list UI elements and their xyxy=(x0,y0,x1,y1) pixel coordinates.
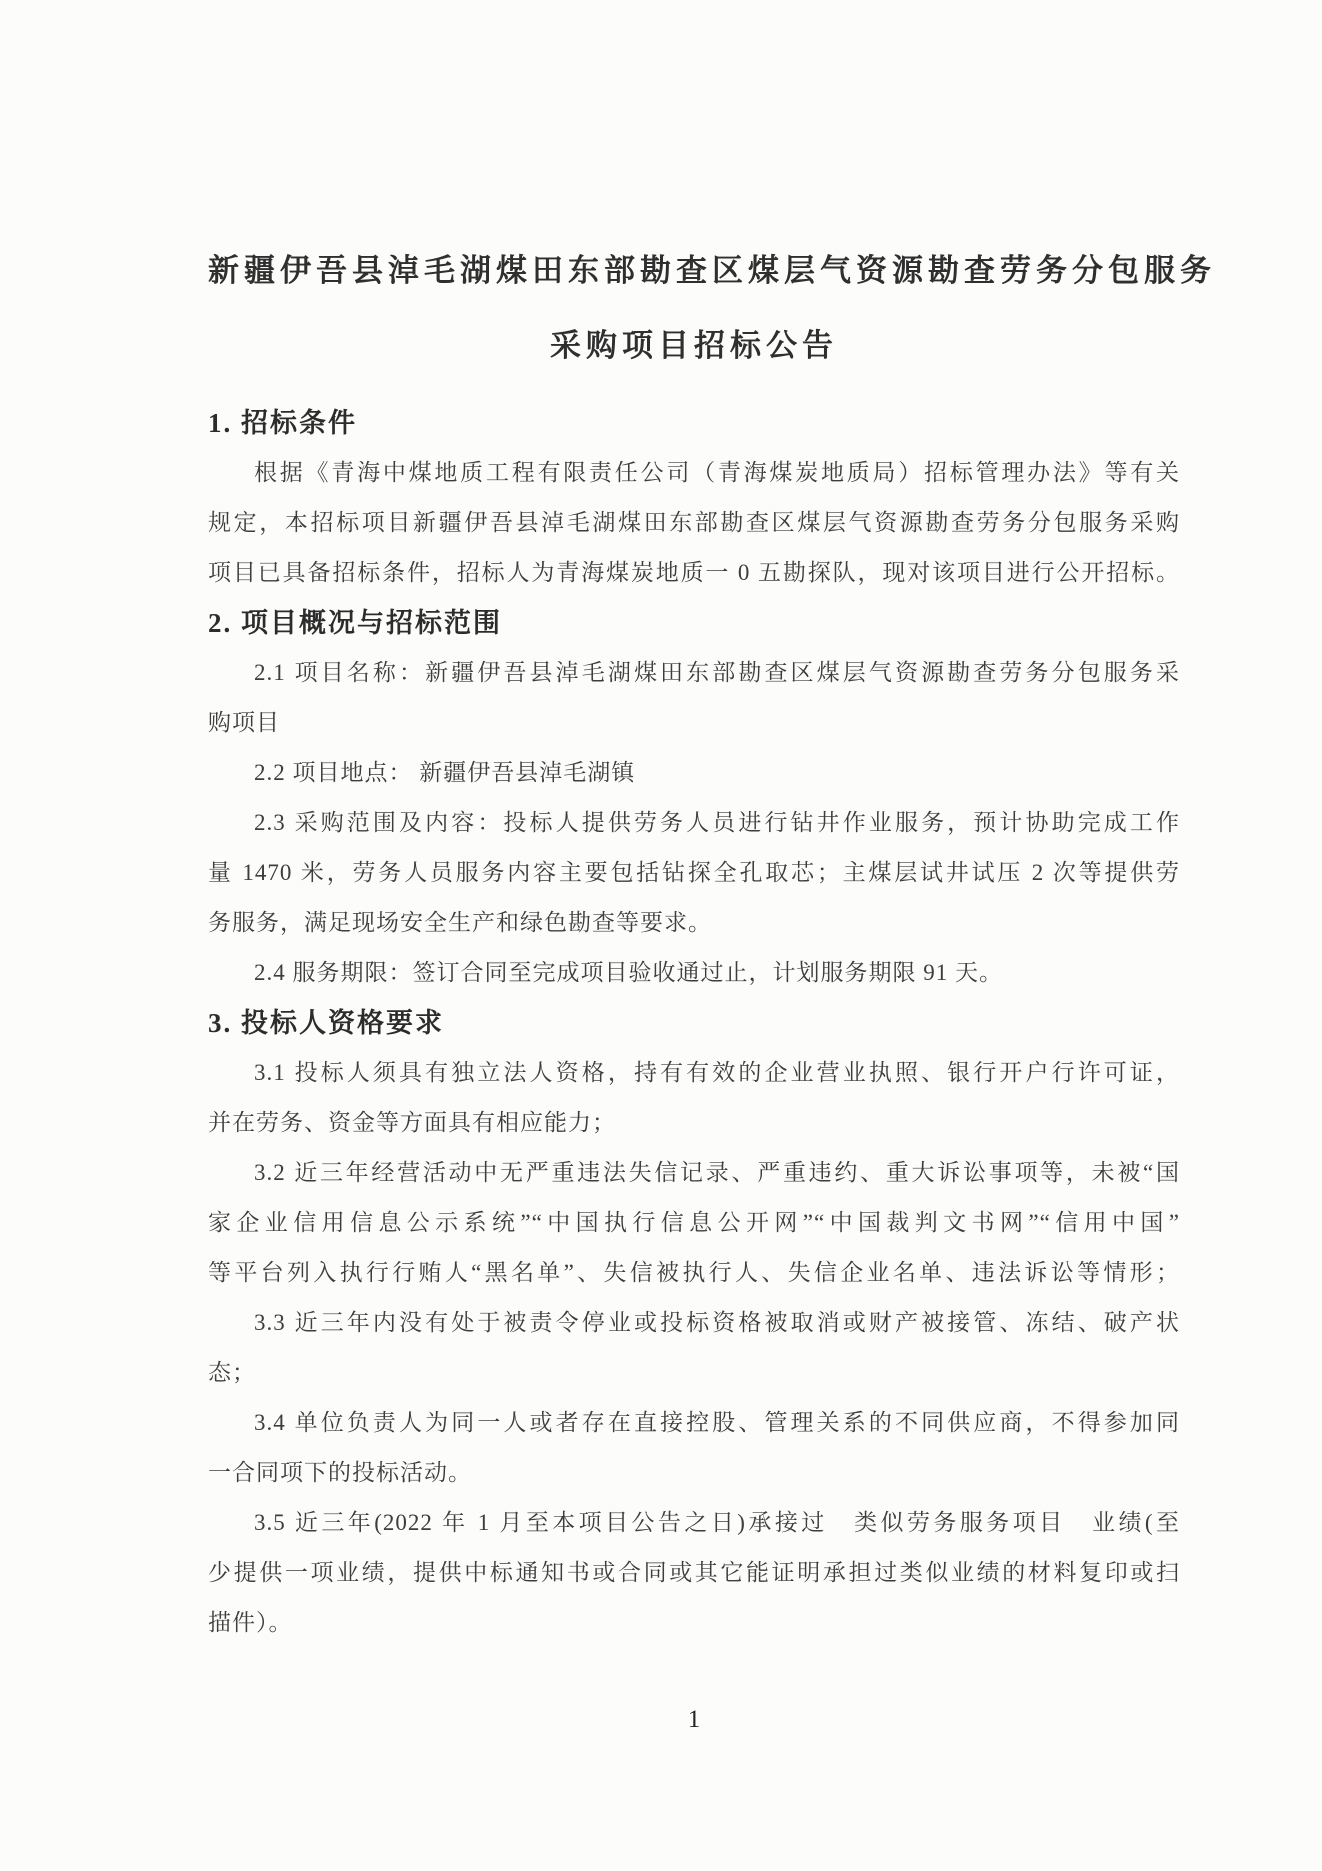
paragraph-line: 态； xyxy=(208,1348,1180,1398)
paragraph-line: 项目已具备招标条件，招标人为青海煤炭地质一 0 五勘探队，现对该项目进行公开招标… xyxy=(208,548,1180,598)
paragraph-line: 规定，本招标项目新疆伊吾县淖毛湖煤田东部勘查区煤层气资源勘查劳务分包服务采购 xyxy=(208,498,1180,548)
paragraph-line: 购项目 xyxy=(208,698,1180,748)
document-title-line-2: 采购项目招标公告 xyxy=(208,308,1180,383)
document-content: 新疆伊吾县淖毛湖煤田东部勘查区煤层气资源勘查劳务分包服务 采购项目招标公告 1.… xyxy=(208,233,1180,1648)
paragraph-line: 2.4 服务期限：签订合同至完成项目验收通过止，计划服务期限 91 天。 xyxy=(208,948,1180,998)
paragraph-line: 量 1470 米，劳务人员服务内容主要包括钻探全孔取芯；主煤层试井试压 2 次等… xyxy=(208,848,1180,898)
paragraph-line: 2.1 项目名称：新疆伊吾县淖毛湖煤田东部勘查区煤层气资源勘查劳务分包服务采 xyxy=(208,648,1180,698)
document-page: 新疆伊吾县淖毛湖煤田东部勘查区煤层气资源勘查劳务分包服务 采购项目招标公告 1.… xyxy=(0,0,1322,1871)
paragraph-line: 并在劳务、资金等方面具有相应能力； xyxy=(208,1098,1180,1148)
paragraph-line: 2.2 项目地点： 新疆伊吾县淖毛湖镇 xyxy=(208,748,1180,798)
paragraph-line: 3.5 近三年(2022 年 1 月至本项目公告之日)承接过 类似劳务服务项目 … xyxy=(208,1498,1180,1548)
document-title-line-1: 新疆伊吾县淖毛湖煤田东部勘查区煤层气资源勘查劳务分包服务 xyxy=(208,233,1180,308)
section-heading-3: 3. 投标人资格要求 xyxy=(208,998,1180,1048)
paragraph-line: 家企业信用信息公示系统”“中国执行信息公开网”“中国裁判文书网”“信用中国” xyxy=(208,1198,1180,1248)
paragraph-line: 根据《青海中煤地质工程有限责任公司（青海煤炭地质局）招标管理办法》等有关 xyxy=(208,448,1180,498)
paragraph-line: 一合同项下的投标活动。 xyxy=(208,1448,1180,1498)
paragraph-line: 2.3 采购范围及内容：投标人提供劳务人员进行钻井作业服务，预计协助完成工作 xyxy=(208,798,1180,848)
paragraph-line: 3.2 近三年经营活动中无严重违法失信记录、严重违约、重大诉讼事项等，未被“国 xyxy=(208,1148,1180,1198)
paragraph-line: 务服务，满足现场安全生产和绿色勘查等要求。 xyxy=(208,898,1180,948)
paragraph-line: 描件）。 xyxy=(208,1598,1180,1648)
section-heading-1: 1. 招标条件 xyxy=(208,398,1180,448)
paragraph-line: 少提供一项业绩，提供中标通知书或合同或其它能证明承担过类似业绩的材料复印或扫 xyxy=(208,1548,1180,1598)
paragraph-line: 3.4 单位负责人为同一人或者存在直接控股、管理关系的不同供应商，不得参加同 xyxy=(208,1398,1180,1448)
paragraph-line: 等平台列入执行行贿人“黑名单”、失信被执行人、失信企业名单、违法诉讼等情形； xyxy=(208,1248,1180,1298)
page-number: 1 xyxy=(208,1700,1180,1740)
paragraph-line: 3.1 投标人须具有独立法人资格，持有有效的企业营业执照、银行开户行许可证， xyxy=(208,1048,1180,1098)
section-heading-2: 2. 项目概况与招标范围 xyxy=(208,598,1180,648)
paragraph-line: 3.3 近三年内没有处于被责令停业或投标资格被取消或财产被接管、冻结、破产状 xyxy=(208,1298,1180,1348)
